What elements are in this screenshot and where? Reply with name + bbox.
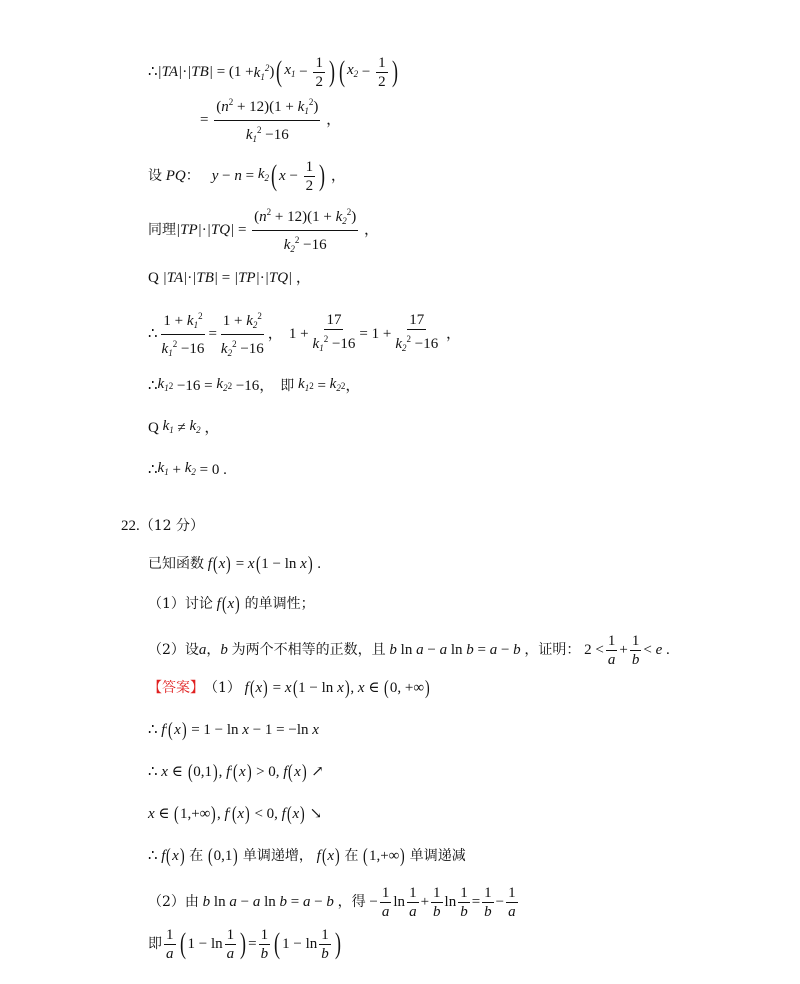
eq-k-sum-zero: ∴k1 + k2 = 0 . [148, 458, 227, 482]
increasing-arrow-icon: ↗ [311, 762, 324, 782]
sub-question-2: （2）设a，b 为两个不相等的正数，且 b ln a − a ln b = a … [148, 628, 670, 672]
answer-line-3: ∴ x ∈ (0,1), f′(x) > 0, f(x) ↗ [148, 760, 324, 784]
decreasing-arrow-icon: ↘ [310, 804, 323, 824]
eq-fraction-equality: ∴1 + k12k12 −16=1 + k22k22 −16， 1 +17k12… [148, 312, 461, 356]
answer-line-4: x ∈ (1,+∞), f′(x) < 0, f(x) ↘ [148, 802, 322, 826]
answer-line-1: 【答案】（1） f(x) = x(1 − ln x), x ∈ (0, +∞) [148, 676, 431, 700]
question-points: （12 分） [140, 516, 204, 536]
eq-k-not-equal: Q k1 ≠ k2 ， [148, 416, 219, 440]
sub-question-1: （1）讨论 f(x) 的单调性； [148, 592, 315, 616]
answer-line-7: 即1a(1 − ln1a)=1b(1 − ln1b) [148, 922, 343, 966]
answer-line-6: （2）由 b ln a − a ln b = a − b ，得 −1aln1a+… [148, 880, 520, 924]
answer-tag: 【答案】 [148, 678, 204, 698]
answer-line-5: ∴ f(x) 在 (0,1) 单调递增， f(x) 在 (1,+∞) 单调递减 [148, 844, 466, 868]
eq-ta-tb-product: ∴|TA|·|TB| = (1 + k12) (x1 − 12) (x2 − 1… [148, 52, 400, 92]
answer-line-2: ∴ f′(x) = 1 − ln x − 1 = −ln x [148, 718, 319, 742]
question-stem: 已知函数 f(x) = x(1 − ln x) . [148, 552, 321, 576]
eq-k-squared-equal: ∴k12 −16 = k22 −16，即 k12 = k22， [148, 374, 360, 398]
eq-ta-tb-result: = (n2 + 12)(1 + k12)k12 −16 ， [200, 98, 341, 142]
question-header: 22.（12 分） [121, 514, 204, 538]
question-number: 22. [121, 516, 140, 536]
eq-products-equal: Q |TA|·|TB| = |TP|·|TQ| ， [148, 266, 311, 290]
eq-tp-tq-product: 同理|TP|·|TQ| = (n2 + 12)(1 + k22)k22 −16 … [148, 208, 379, 252]
eq-pq-line: 设 PQ： y − n = k2(x − 12) ， [148, 156, 346, 196]
